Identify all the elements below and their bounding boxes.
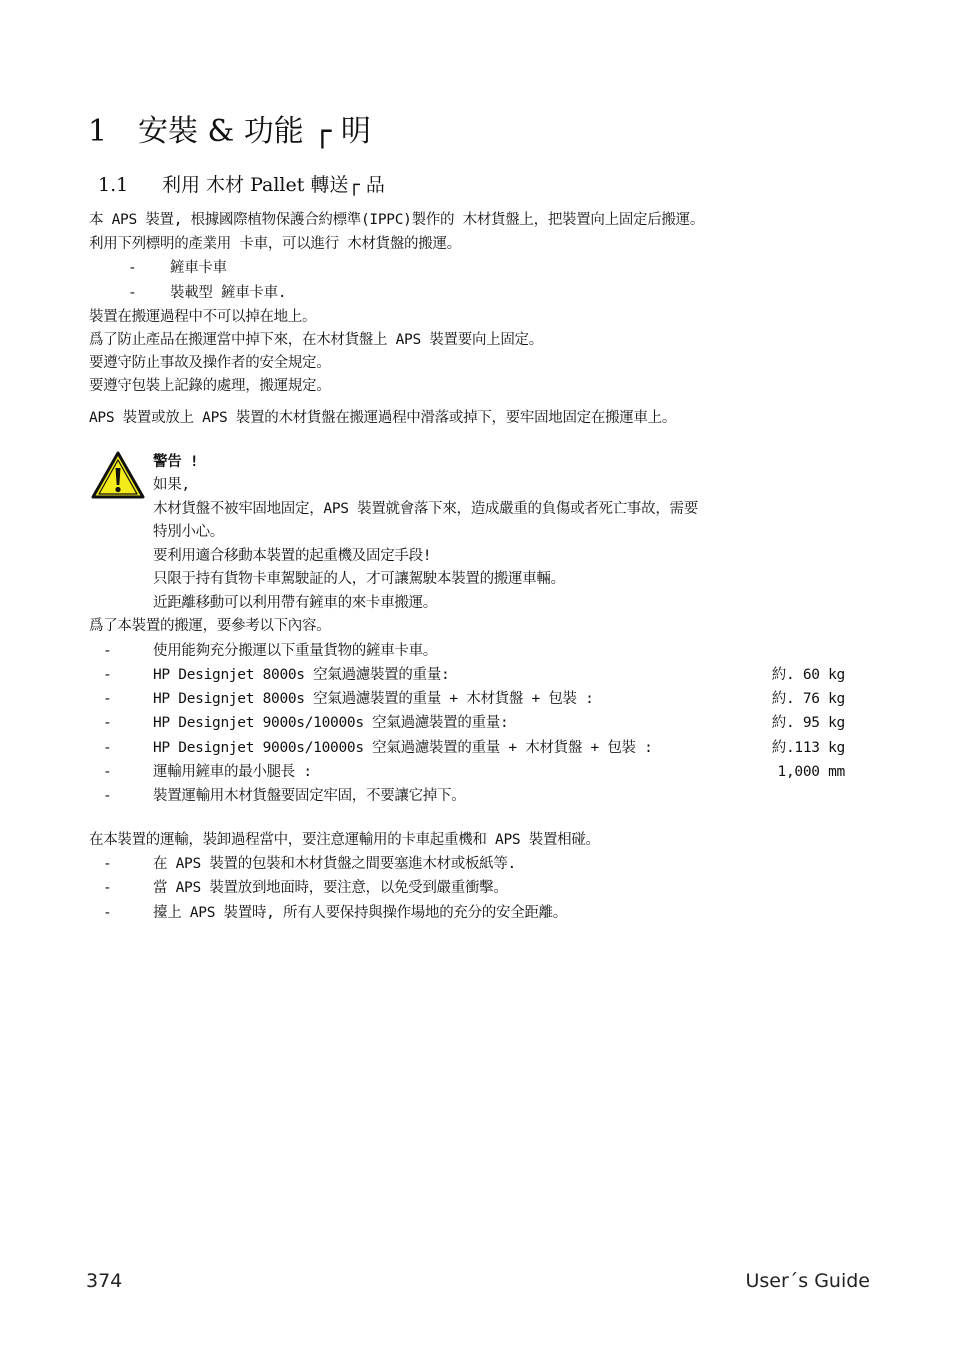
transport-list-item: HP Designjet 9000s/10000s 空氣過濾裝置的重量: [153,711,508,735]
bullet: - [103,901,115,925]
warning-line: 木材貨盤不被牢固地固定，APS 裝置就會落下來，造成嚴重的負傷或者死亡事故，需要 [153,497,698,521]
intro-line: 本 APS 裝置, 根據國際植物保護合約標準(IPPC)製作的 木材貨盤上，把裝… [89,208,704,232]
loading-list-item: 當 APS 裝置放到地面時，要注意，以免受到嚴重衝擊。 [153,876,508,900]
transport-intro: 爲了本裝置的搬運，要參考以下內容。 [89,614,330,638]
bullet: - [103,876,115,900]
transport-list-item: HP Designjet 8000s 空氣過濾裝置的重量: [153,663,449,687]
bullet: - [103,784,115,808]
weight-value: 約.113 kg [772,736,845,760]
transport-list-item: 裝置運輸用木材貨盤要固定牢固，不要讓它掉下。 [153,784,465,808]
transport-list-item: HP Designjet 8000s 空氣過濾裝置的重量 + 木材貨盤 + 包裝… [153,687,594,711]
transport-list-item: 使用能夠充分搬運以下重量貨物的鏟車卡車。 [153,639,437,663]
truck-list-item: 裝載型 鏟車卡車. [170,281,286,305]
rule-line: 要遵守防止事故及操作者的安全規定。 [89,351,330,375]
chapter-heading: 1安裝 & 功能 ┌ 明 [88,112,371,152]
length-value: 1,000 mm [778,760,845,784]
truck-list-item: 鏟車卡車 [170,256,227,280]
section-title: 利用 木材 Pallet 轉送┌ 品 [162,174,385,196]
loading-list-item: 擡上 APS 裝置時, 所有人要保持與操作場地的充分的安全距離。 [153,901,567,925]
bullet: - [103,687,115,711]
loading-list-item: 在 APS 裝置的包裝和木材貨盤之間要塞進木材或板紙等. [153,852,516,876]
transport-list-item: 運輸用鏟車的最小腿長 : [153,760,312,784]
bullet: - [128,281,140,305]
bullet: - [103,639,115,663]
warning-line: 要利用適合移動本裝置的起重機及固定手段! [153,544,431,568]
section-number: 1.1 [98,172,162,198]
transport-list-item: HP Designjet 9000s/10000s 空氣過濾裝置的重量 + 木材… [153,736,653,760]
warning-line: 如果, [153,473,190,497]
chapter-title: 安裝 & 功能 ┌ 明 [138,114,371,149]
chapter-number: 1 [88,112,138,152]
bullet: - [103,852,115,876]
warning-triangle-icon [91,451,145,499]
rule-line: 裝置在搬運過程中不可以掉在地上。 [89,305,316,329]
rule-line: 要遵守包裝上記錄的處理，搬運規定。 [89,374,330,398]
warning-line: 特別小心。 [153,520,224,544]
loading-intro: 在本裝置的運輸，裝卸過程當中，要注意運輸用的卡車起重機和 APS 裝置相碰。 [89,828,600,852]
fix-note: APS 裝置或放上 APS 裝置的木材貨盤在搬運過程中滑落或掉下，要牢固地固定在… [89,406,676,430]
warning-line: 近距離移動可以利用帶有鏟車的來卡車搬運。 [153,591,437,615]
warning-title: 警告 ! [153,450,198,474]
intro-line: 利用下列標明的產業用 卡車，可以進行 木材貨盤的搬運。 [89,232,461,256]
weight-value: 約. 60 kg [772,663,845,687]
bullet: - [128,256,140,280]
bullet: - [103,663,115,687]
section-heading: 1.1利用 木材 Pallet 轉送┌ 品 [98,172,385,198]
weight-value: 約. 76 kg [772,687,845,711]
bullet: - [103,736,115,760]
bullet: - [103,711,115,735]
guide-title: User´s Guide [745,1268,870,1294]
rule-line: 爲了防止產品在搬運當中掉下來，在木材貨盤上 APS 裝置要向上固定。 [89,328,543,352]
page-number: 374 [86,1268,122,1294]
weight-value: 約. 95 kg [772,711,845,735]
warning-line: 只限于持有貨物卡車駕駛証的人，才可讓駕駛本裝置的搬運車輛。 [153,567,565,591]
bullet: - [103,760,115,784]
